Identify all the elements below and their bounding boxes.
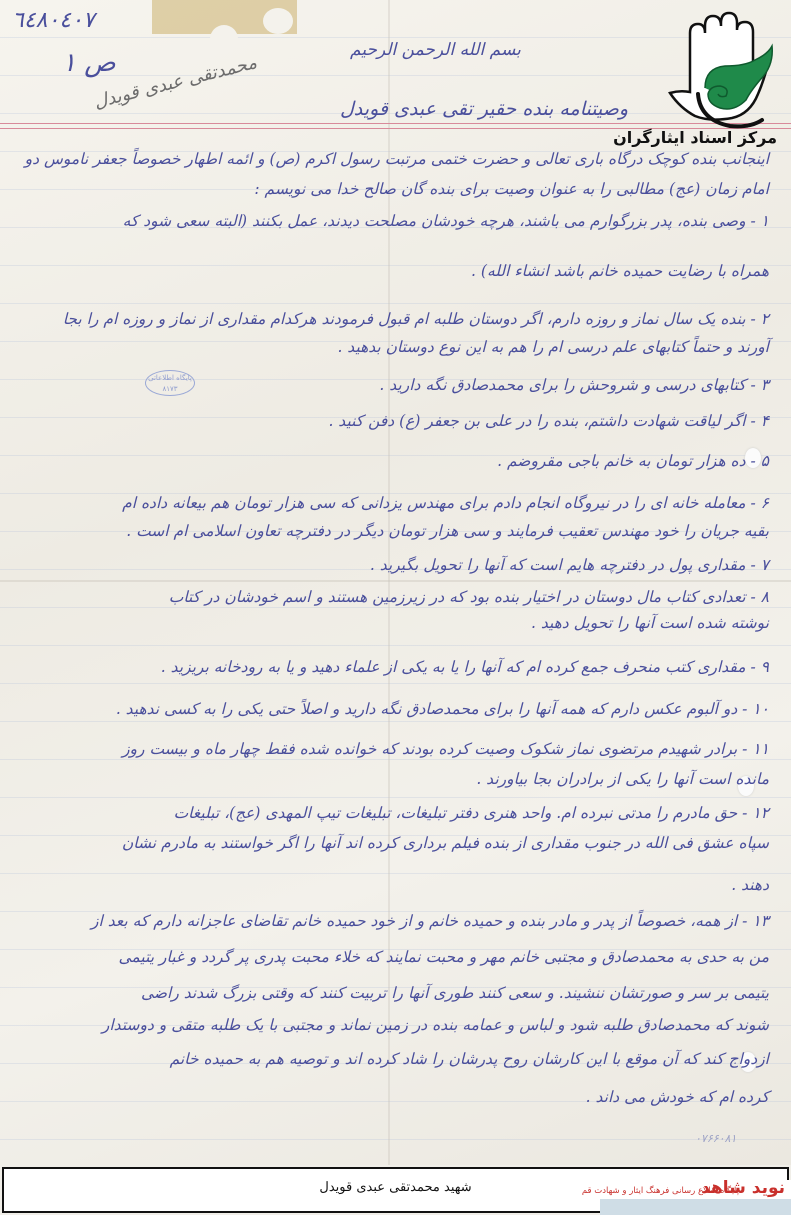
paper-fold-horizontal (0, 580, 791, 582)
letter-line: ۲ - بنده یک سال نماز و روزه دارم، اگر دو… (63, 310, 769, 328)
tape-hole (263, 8, 293, 34)
letter-line: شوند که محمدصادق طلبه شود و لباس و عمامه… (102, 1016, 769, 1034)
archive-mark: ص ١ (62, 48, 116, 78)
letter-line: ۳ - کتابهای درسی و شروحش را برای محمدصاد… (379, 376, 769, 394)
serial-number: ۰۷۶۶۰۸۱ (695, 1132, 736, 1145)
letter-line: ۴ - اگر لیاقت شهادت داشتم، بنده را در عل… (328, 412, 769, 430)
letter-line: امام زمان (عج) مطالبی را به عنوان وصیت ب… (254, 180, 769, 198)
brand-subtitle: پایگاه اطلاع رسانی فرهنگ ایثار و شهادت ق… (582, 1186, 739, 1196)
letter-line: ازدواج کند که آن موقع با این کارشان روح … (170, 1050, 769, 1068)
tape-hole (210, 25, 238, 53)
letter-line: سپاه عشق فی الله در جنوب مقداری از بنده … (122, 834, 769, 852)
letter-line: ۷ - مقداری پول در دفترچه هایم است که آنه… (370, 556, 769, 574)
letter-line: ۱۱ - برادر شهیدم مرتضوی نماز شکوک وصیت ک… (122, 740, 769, 758)
letter-line: ۱ - وصی بنده، پدر بزرگوارم می باشند، هرچ… (123, 212, 769, 230)
letter-line: ۱۳ - از همه، خصوصاً از پدر و مادر بنده و… (91, 912, 769, 930)
letter-line: نوشته شده است آنها را تحویل دهید . (531, 614, 769, 632)
letter-line: من به حدی به محمدصادق و مجتبی خانم مهر و… (119, 948, 769, 966)
letter-title: وصیتنامه بنده حقیر تقی عبدی قویدل (340, 98, 628, 120)
logo-text: مرکز اسناد ایثارگران (613, 128, 777, 147)
letter-line: ۱۲ - حق مادرم را مدتی نبرده ام. واحد هنر… (174, 804, 769, 822)
letter-line: همراه با رضایت حمیده خانم باشد انشاء الل… (471, 262, 769, 280)
letter-line: ۸ - تعدادی کتاب مال دوستان در اختیار بند… (169, 588, 769, 606)
archive-number: ٦٤٨٠٤٠٧ (12, 8, 95, 33)
basmala: بسم الله الرحمن الرحیم (350, 40, 521, 60)
letter-line: بقیه جریان را خود مهندس تعقیب فرمایند و … (126, 522, 769, 540)
letter-line: ۵ - ده هزار تومان به خانم باجی مقروضم . (497, 452, 769, 470)
letter-line: دهند . (731, 876, 769, 894)
letter-line: آورند و حتماً کتابهای علم درسی ام را هم … (337, 338, 769, 356)
letter-line: مانده است آنها را یکی از برادران بجا بیا… (476, 770, 769, 788)
letter-line: ۶ - معامله خانه ای را در نیروگاه انجام د… (122, 494, 769, 512)
letter-line: یتیمی بر سر و صورتشان ننشیند. و سعی کنند… (141, 984, 769, 1002)
archive-stamp: پایگاه اطلاعاتی ۸۱۷۳ (145, 370, 195, 396)
letter-line: ۹ - مقداری کتب منحرف جمع کرده ام که آنها… (161, 658, 769, 676)
letter-line: کرده ام که خودش می داند . (586, 1088, 769, 1106)
letter-line: ۱۰ - دو آلبوم عکس دارم که همه آنها را بر… (116, 700, 769, 718)
